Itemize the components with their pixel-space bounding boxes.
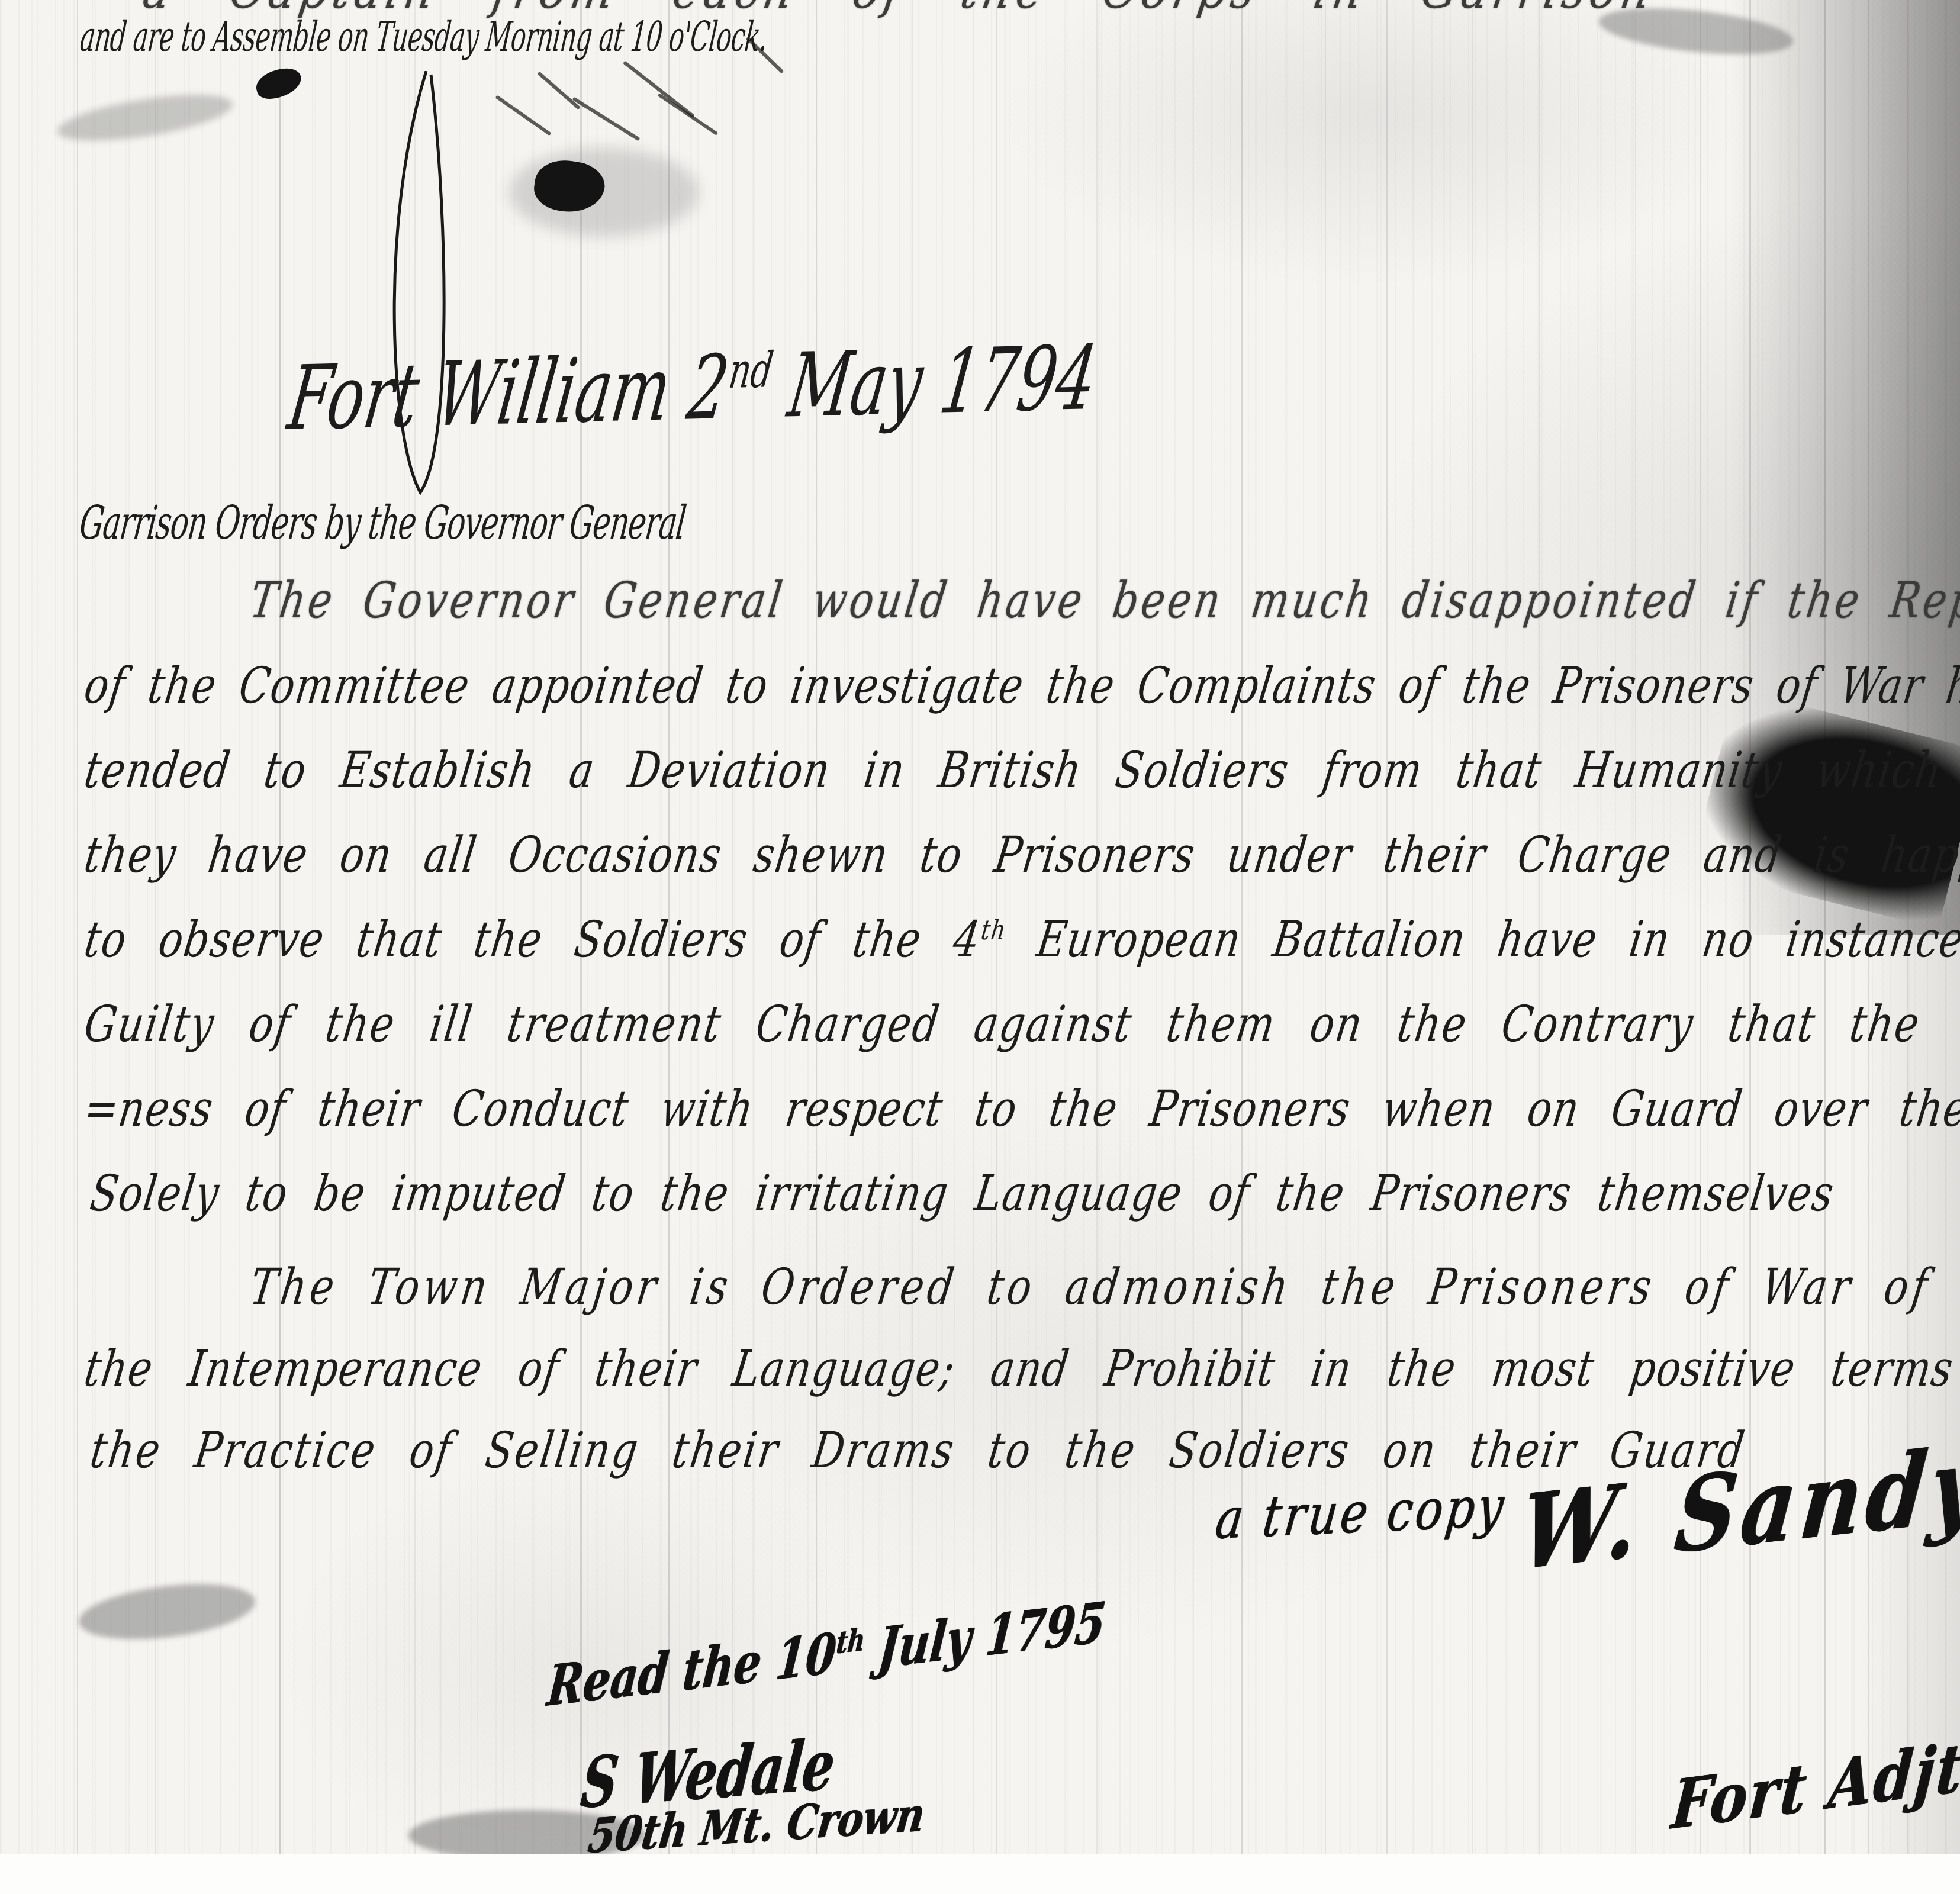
body-line: Guilty of the ill treatment Charged agai… (81, 997, 1924, 1051)
body-line: Solely to be imputed to the irritating L… (87, 1166, 1837, 1220)
scan-bottom-edge (0, 1854, 1960, 1894)
body-line-text: tended to Establish a Deviation in Briti… (81, 741, 1946, 799)
body-line: The Town Major is Ordered to admonish th… (247, 1260, 1935, 1314)
heading-date-rest: May 1794 (764, 327, 1102, 438)
scratch-mark (658, 93, 719, 136)
body-line: they have on all Occasions shewn to Pris… (81, 827, 1960, 882)
true-copy-text: a true copy (1212, 1474, 1510, 1552)
body-line-text: The Town Major is Ordered to admonish th… (247, 1258, 1935, 1316)
body-line-text: =ness of their Conduct with respect to t… (81, 1080, 1960, 1138)
read-note-text: Read the 10 (545, 1621, 839, 1719)
body-line-text: to observe that the Soldiers of the 4 (81, 910, 984, 968)
true-copy-note: a true copy (1212, 1476, 1510, 1551)
order-title-text: Garrison Orders by the Governor General (77, 497, 688, 550)
ink-blot-small (253, 65, 305, 102)
scratch-mark (495, 95, 551, 136)
body-line: =ness of their Conduct with respect to t… (81, 1081, 1960, 1136)
ink-smudge-bottom-left (76, 1576, 258, 1648)
top-fragment-line-2-text: and are to Assemble on Tuesday Morning a… (78, 12, 770, 61)
body-line-text: The Governor General would have been muc… (247, 571, 1960, 629)
scratch-mark (537, 72, 580, 110)
body-line-text: Solely to be imputed to the irritating L… (87, 1164, 1838, 1222)
heading-place-date: Fort William 2nd May 1794 (283, 330, 1102, 448)
body-line-text: Guilty of the ill treatment Charged agai… (81, 995, 1924, 1053)
body-line: The Governor General would have been muc… (247, 573, 1960, 627)
body-line: to observe that the Soldiers of the 4th … (81, 912, 1960, 967)
body-line: of the Committee appointed to investigat… (81, 658, 1960, 713)
body-line-text: the Intemperance of their Language; and … (81, 1339, 1958, 1397)
body-line-text: of the Committee appointed to investigat… (81, 656, 1960, 714)
order-title: Garrison Orders by the Governor General (77, 498, 688, 549)
scan-streak (77, 0, 78, 1854)
scratch-mark (572, 96, 640, 141)
heading-ordinal-superscript: nd (726, 342, 776, 400)
read-note-text: July 1795 (861, 1590, 1108, 1683)
body-line-text: the Practice of Selling their Drams to t… (87, 1421, 1750, 1479)
read-note-ordinal-superscript: th (835, 1622, 866, 1661)
top-fragment-line-2: and are to Assemble on Tuesday Morning a… (78, 14, 770, 60)
body-line: the Practice of Selling their Drams to t… (87, 1423, 1749, 1477)
manuscript-page: a Captain from each of the Corps in Garr… (0, 0, 1960, 1894)
heading-main: Fort William 2 (283, 336, 735, 450)
body-line: the Intemperance of their Language; and … (81, 1341, 1957, 1396)
body-line-text: European Battalion have in no instance, (1001, 910, 1960, 968)
ink-smudge-top-left (54, 86, 236, 150)
body-line-text: they have on all Occasions shewn to Pris… (81, 826, 1960, 884)
read-note: Read the 10th July 1795 (545, 1592, 1108, 1718)
body-line: tended to Establish a Deviation in Briti… (81, 743, 1946, 797)
